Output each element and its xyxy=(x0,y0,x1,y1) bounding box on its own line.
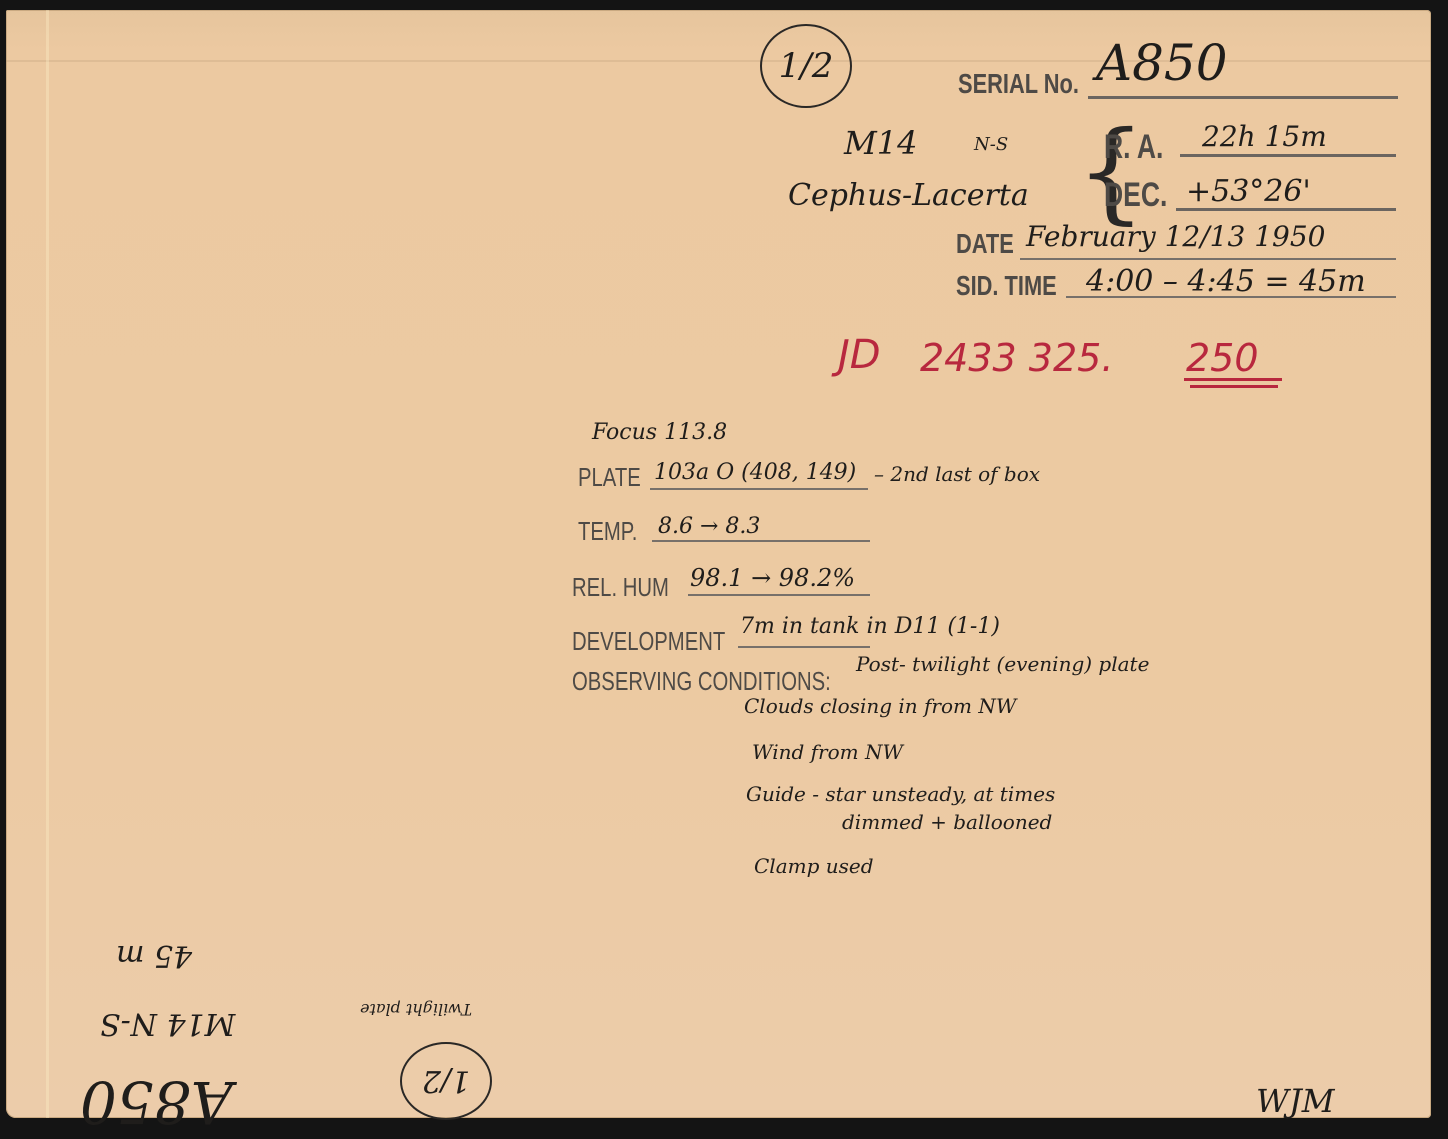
bottom-note: Twilight plate xyxy=(360,1000,472,1019)
observing-line: Post- twilight (evening) plate xyxy=(856,652,1149,676)
sid-time-label: SID. TIME xyxy=(956,270,1057,302)
rel-hum-label: REL. HUM xyxy=(572,572,669,603)
serial-rule xyxy=(1088,96,1398,99)
plate-envelope: 1/2 SERIAL No. A850 M14 N-S Cephus-Lacer… xyxy=(6,10,1431,1118)
development-label: DEVELOPMENT xyxy=(572,626,725,657)
ra-label: R. A. xyxy=(1104,128,1163,167)
temp-label: TEMP. xyxy=(578,516,637,547)
development-rule xyxy=(738,646,870,648)
observing-line: Wind from NW xyxy=(752,740,903,764)
fraction-circle: 1/2 xyxy=(760,24,852,108)
development-value: 7m in tank in D11 (1-1) xyxy=(740,614,1000,639)
jd-value: 2433 325. xyxy=(920,336,1113,380)
observing-conditions-label: OBSERVING CONDITIONS: xyxy=(572,666,831,697)
sid-time-rule xyxy=(1066,296,1396,298)
fraction-text: 1/2 xyxy=(779,46,834,86)
object-name: M14 xyxy=(844,124,917,162)
ra-value: 22h 15m xyxy=(1202,120,1327,153)
jd-underline-1 xyxy=(1184,378,1282,381)
plate-value: 103a O (408, 149) xyxy=(654,460,856,485)
ra-rule xyxy=(1180,154,1396,157)
focus-note: Focus 113.8 xyxy=(592,420,727,445)
serial-value: A850 xyxy=(1096,34,1228,92)
observing-line: Guide - star unsteady, at times xyxy=(746,782,1055,806)
date-value: February 12/13 1950 xyxy=(1026,220,1325,253)
serial-label: SERIAL No. xyxy=(958,68,1079,100)
rel-hum-rule xyxy=(688,594,870,596)
constellation: Cephus-Lacerta xyxy=(788,178,1029,213)
bottom-exposure: 45 m xyxy=(116,938,192,973)
orientation: N-S xyxy=(974,134,1008,155)
jd-fraction: 250 xyxy=(1186,336,1259,380)
vertical-crease xyxy=(46,10,49,1118)
bottom-serial: A850 xyxy=(80,1068,233,1136)
date-label: DATE xyxy=(956,228,1014,260)
bottom-object: M14 N-S xyxy=(100,1006,235,1041)
sid-time-value: 4:00 – 4:45 = 45m xyxy=(1086,264,1366,299)
temp-value: 8.6 → 8.3 xyxy=(658,514,760,539)
plate-label: PLATE xyxy=(578,462,641,493)
observing-line: dimmed + ballooned xyxy=(842,810,1052,834)
dec-value: +53°26' xyxy=(1186,174,1311,209)
bottom-fraction-text: 1/2 xyxy=(422,1064,470,1099)
jd-underline-2 xyxy=(1190,385,1278,388)
jd-prefix: JD xyxy=(838,332,881,378)
date-rule xyxy=(1020,258,1396,260)
dec-rule xyxy=(1176,208,1396,211)
plate-rule xyxy=(650,488,868,490)
observing-line: Clamp used xyxy=(754,854,874,878)
observing-line: Clouds closing in from NW xyxy=(744,694,1016,718)
temp-rule xyxy=(652,540,870,542)
rel-hum-value: 98.1 → 98.2% xyxy=(690,564,855,592)
dec-label: DEC. xyxy=(1104,176,1167,215)
bottom-fraction-circle: 1/2 xyxy=(400,1042,492,1120)
initials: WJM xyxy=(1256,1082,1334,1120)
plate-note: – 2nd last of box xyxy=(874,462,1040,486)
